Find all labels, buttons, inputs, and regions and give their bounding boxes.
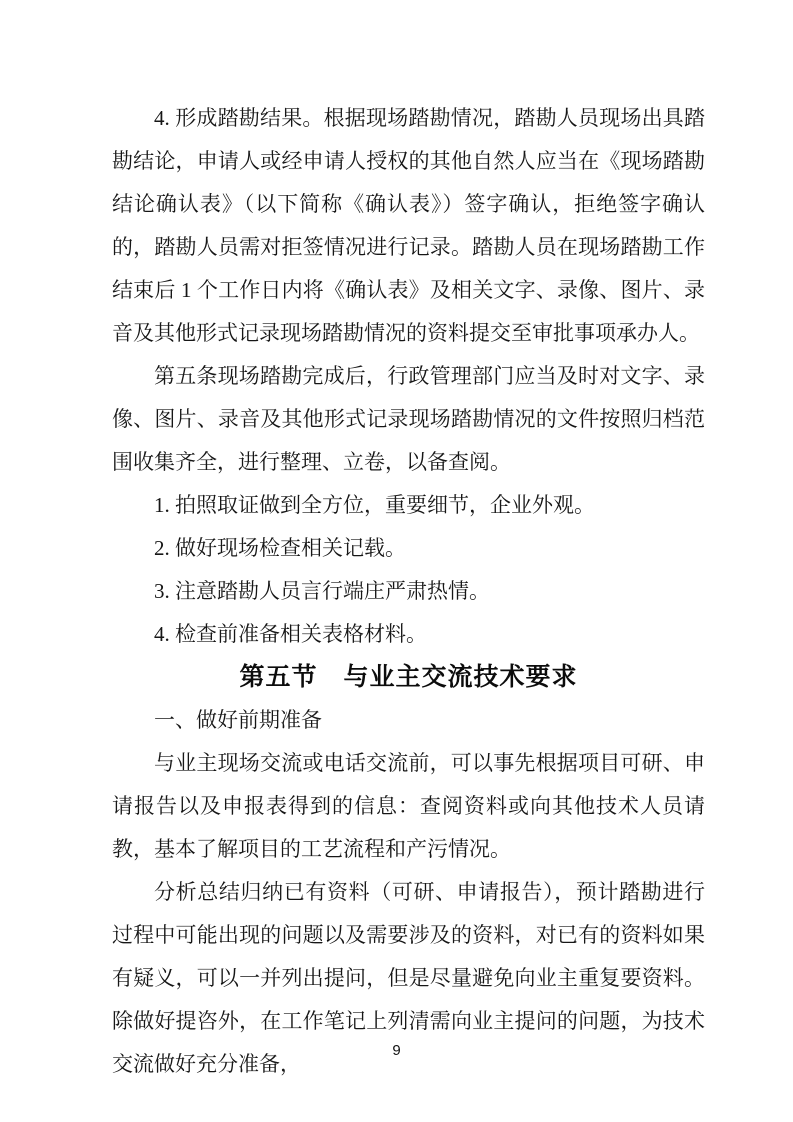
checklist-item-3: 3. 注意踏勘人员言行端庄严肃热情。 — [112, 570, 705, 613]
subsection-heading: 一、做好前期准备 — [112, 699, 705, 742]
checklist-item-1: 1. 拍照取证做到全方位，重要细节，企业外观。 — [112, 484, 705, 527]
section-heading: 第五节 与业主交流技术要求 — [112, 656, 705, 699]
page-number: 9 — [392, 1042, 400, 1059]
paragraph-survey-results: 4. 形成踏勘结果。根据现场踏勘情况，踏勘人员现场出具踏勘结论，申请人或经申请人… — [112, 97, 705, 355]
document-page: 4. 形成踏勘结果。根据现场踏勘情况，踏勘人员现场出具踏勘结论，申请人或经申请人… — [0, 0, 793, 1122]
checklist-item-2: 2. 做好现场检查相关记载。 — [112, 527, 705, 570]
page-footer: 9 — [0, 1040, 793, 1062]
checklist-item-4: 4. 检查前准备相关表格材料。 — [112, 613, 705, 656]
paragraph-pre-communication: 与业主现场交流或电话交流前，可以事先根据项目可研、申请报告以及申报表得到的信息：… — [112, 742, 705, 871]
paragraph-article-five: 第五条现场踏勘完成后，行政管理部门应当及时对文字、录像、图片、录音及其他形式记录… — [112, 355, 705, 484]
document-body: 4. 形成踏勘结果。根据现场踏勘情况，踏勘人员现场出具踏勘结论，申请人或经申请人… — [112, 97, 705, 1086]
